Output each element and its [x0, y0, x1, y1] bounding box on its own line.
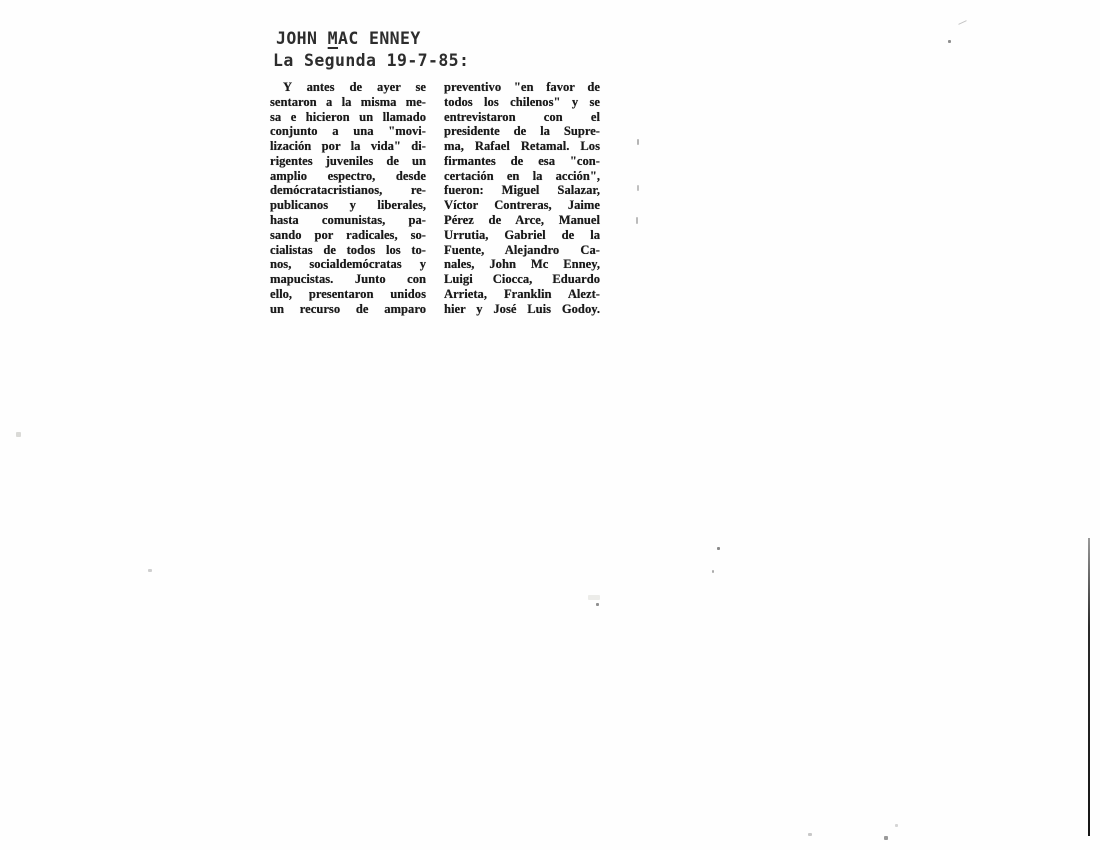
scan-speck	[148, 569, 152, 572]
article-line: nales, John Mc Enney,	[444, 257, 600, 272]
article-line: rigentes juveniles de un	[270, 154, 426, 169]
scan-speck	[808, 833, 812, 836]
article-line: lización por la vida" di-	[270, 139, 426, 154]
article-line: Arrieta, Franklin Alezt-	[444, 287, 600, 302]
article-line: hier y José Luis Godoy.	[444, 302, 600, 317]
scan-speck	[588, 595, 600, 600]
heading-name-part: JOHN	[276, 29, 328, 48]
scan-speck	[958, 20, 967, 25]
article-column-left: Y antes de ayer sesentaron a la misma me…	[270, 80, 426, 317]
scan-speck	[712, 570, 714, 573]
scan-speck	[636, 217, 638, 224]
article-line: entrevistaron con el	[444, 110, 600, 125]
scan-speck	[596, 603, 599, 606]
scan-speck	[884, 836, 888, 840]
article-line: Luigi Ciocca, Eduardo	[444, 272, 600, 287]
article-line: sando por radicales, so-	[270, 228, 426, 243]
article-line: un recurso de amparo	[270, 302, 426, 317]
article-line: Urrutia, Gabriel de la	[444, 228, 600, 243]
article-line: certación en la acción",	[444, 169, 600, 184]
article-line: demócratacristianos, re-	[270, 183, 426, 198]
scan-speck	[948, 40, 951, 43]
article-line: Y antes de ayer se	[270, 80, 426, 95]
article-line: Víctor Contreras, Jaime	[444, 198, 600, 213]
scan-speck	[717, 547, 720, 550]
article-line: publicanos y liberales,	[270, 198, 426, 213]
article-line: conjunto a una "movi-	[270, 124, 426, 139]
article-line: ello, presentaron unidos	[270, 287, 426, 302]
clipping-annotation-source-date: La Segunda 19-7-85:	[273, 53, 469, 70]
article-line: hasta comunistas, pa-	[270, 213, 426, 228]
article-line: amplio espectro, desde	[270, 169, 426, 184]
scan-edge-line	[1088, 538, 1090, 836]
scanned-newspaper-clipping: JOHN MAC ENNEY La Segunda 19-7-85: Y ant…	[0, 0, 1100, 850]
scan-speck	[895, 824, 898, 827]
clipping-annotation-name: JOHN MAC ENNEY	[276, 31, 421, 48]
scan-speck	[16, 432, 21, 437]
article-line: preventivo "en favor de	[444, 80, 600, 95]
article-line: todos los chilenos" y se	[444, 95, 600, 110]
article-column-right: preventivo "en favor detodos los chileno…	[444, 80, 600, 317]
article-line: sa e hicieron un llamado	[270, 110, 426, 125]
article-line: Fuente, Alejandro Ca-	[444, 243, 600, 258]
scan-speck	[637, 185, 639, 191]
article-line: mapucistas. Junto con	[270, 272, 426, 287]
article-line: cialistas de todos los to-	[270, 243, 426, 258]
article-line: presidente de la Supre-	[444, 124, 600, 139]
scan-speck	[637, 139, 639, 145]
article-line: sentaron a la misma me-	[270, 95, 426, 110]
article-line: Pérez de Arce, Manuel	[444, 213, 600, 228]
heading-name-part: AC ENNEY	[338, 29, 421, 48]
heading-name-underlined-letter: M	[328, 29, 338, 48]
article-line: nos, socialdemócratas y	[270, 257, 426, 272]
article-line: fueron: Miguel Salazar,	[444, 183, 600, 198]
article-line: ma, Rafael Retamal. Los	[444, 139, 600, 154]
article-line: firmantes de esa "con-	[444, 154, 600, 169]
